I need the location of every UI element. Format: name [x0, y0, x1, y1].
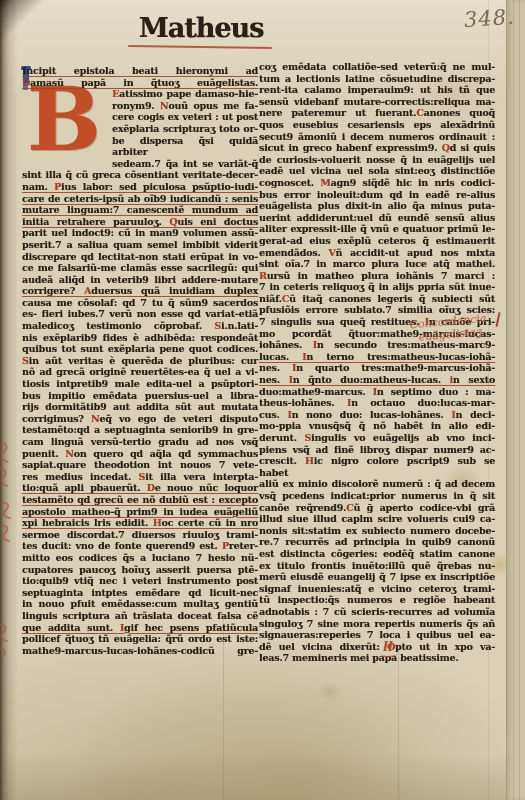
text-line: apostolo matheo-q̃ prim9 in iudea euãgel…	[22, 507, 258, 519]
book-gutter-shadow	[0, 0, 20, 800]
text-line: bus impitio emẽdata puersius-uel a libra…	[22, 391, 258, 403]
text-line: duo:mathe9-marcus. In septimo duo : ma-	[259, 387, 495, 399]
text-line: cam linguã versũ-tertio gradu ad nos vsq…	[22, 437, 258, 449]
text-line: quibus tot sunt exẽplaria pene quot codi…	[22, 344, 258, 356]
text-line: sensũ videbanf mutare-correctis:reliqua …	[259, 97, 495, 109]
running-title: Matheus	[126, 13, 276, 44]
text-line: initia retrahere paruuloʒ. Quis eni doct…	[22, 217, 258, 229]
text-line: nonis sit:statim ex subiecto numero doce…	[259, 526, 495, 538]
gutter-scribble-icon	[0, 620, 18, 664]
text-line: ronym9. Nouũ opus me fa-	[22, 101, 258, 113]
page-edge-line	[513, 0, 514, 800]
text-line: testamẽto:qd a septuaginta seniorib9 in …	[22, 425, 258, 437]
quire-signature-mark: ll	[383, 640, 393, 655]
text-line: bus error inoleuit:dum qd in eadẽ re-ali…	[259, 190, 495, 202]
text-line: puenit. Non quero qd aq̃la qd symmachus	[22, 449, 258, 461]
text-line: emendãdos. Vñ accidit-ut apud nos mixta	[259, 248, 495, 260]
text-line: sint illa q̃ cũ greca cõsentiant veritat…	[22, 170, 258, 182]
text-line: secut9 ãmoniũ i decem numeros ordinauit …	[259, 132, 495, 144]
text-line: merũ eiusdẽ euangelij q̃ 7 ipse ex inscr…	[259, 572, 495, 584]
text-line: signaf inuenies:atq̃ e vicino ceteroʒ tr…	[259, 584, 495, 596]
text-line: parit uel indoct9: cũ in man9 volumen as…	[22, 228, 258, 240]
text-line: leas.7 memineris mei papa beatissime.	[259, 653, 495, 665]
text-line: mutare linguam:7 canescentẽ mundum ad	[22, 205, 258, 217]
text-line: Sin aũt veritas è querẽda de pluribus: c…	[22, 356, 258, 368]
text-line: Rursũ in matheo plura iohãnis 7 marci :	[259, 271, 495, 283]
text-line: care de ceteris-ipsũ ab oĩb9 iudicandũ :…	[22, 194, 258, 206]
text-line: mathe9-marcus-lucas-iohãnes-codicũ gre-	[22, 646, 258, 658]
text-line: cognoscet. Magn9 siq̃dẽ hic in nris codi…	[259, 178, 495, 190]
text-line: maledicoʒ testimonio cõprobaf. Si.n.lati…	[22, 321, 258, 333]
page-edge-line	[519, 0, 520, 800]
text-line: vsq̃ pcedens indicat:prior numerus in q̃…	[259, 491, 495, 503]
text-line: eadẽ uel vicina uel sola sint:eoʒ distin…	[259, 166, 495, 178]
text-line: tio:quib9 vtiq̃ nec i veteri instrumento…	[22, 576, 258, 588]
text-line: est distincta cõgeries: eodẽq̃ statim ca…	[259, 549, 495, 561]
text-line: mitto eos codices q̃s a luciano 7 hesio …	[22, 553, 258, 565]
text-line: cupatores paucoʒ hoĩuʒ asserit puersa pt…	[22, 565, 258, 577]
text-line: pollicef q̃tuoʒ tñ euãgelia: q̃rũ ordo e…	[22, 634, 258, 646]
text-line: uerint addiderunt:uel dũ eundẽ sensũ ali…	[259, 213, 495, 225]
text-line: de curiosis-voluerit nosse q̃ in euãgeli…	[259, 155, 495, 167]
text-line: aliter expressit-ille q̃ vnũ e quatuor p…	[259, 224, 495, 236]
text-line: tio:quã apli pbauerũt. De nouo nũc loquo…	[22, 483, 258, 495]
text-line: rent-ita calamo imperauim9: ut his tñ qu…	[259, 85, 495, 97]
gutter-scribble-icon	[0, 438, 20, 488]
text-line: sint oĩa.7 in marco plura luce atq̃ math…	[259, 259, 495, 271]
text-line: sermoe discordat.7 diuersos riuuloʒ tram…	[22, 530, 258, 542]
text-line: quos eusebius cesariensis eps alexãdrinũ	[259, 120, 495, 132]
text-line: corrigimus? Neq̃ vo ego de veteri disput…	[22, 414, 258, 426]
text-line: septuaginta intptes emẽdare qd licuit-ne…	[22, 588, 258, 600]
text-line: cere cogis ex veteri : ut post	[22, 112, 258, 124]
text-line: piens vsq̃ ad finẽ libroʒ dispar numer9 …	[259, 445, 495, 457]
text-line: sedeam.7 q̃a int se variãt-q̃	[22, 159, 258, 171]
text-line: audeã aliq̃d in veterib9 libri addere-mu…	[22, 275, 258, 287]
text-line: tum a lectionis latine cõsuetudine discr…	[259, 74, 495, 86]
text-line: theus-iohãnes. In octauo duo:lucas-mar-	[259, 398, 495, 410]
text-line: res medius incedat. Sit illa vera interp…	[22, 472, 258, 484]
text-line: tũ inspectio:q̃s numeros e regiõe habean…	[259, 595, 495, 607]
text-line: singuloʒ 7 sine mora repertis numeris q̃…	[259, 619, 495, 631]
text-line: be dispersa q̃si quidã arbiter	[22, 136, 258, 159]
text-line: nam. Pius labor: sed piculosa psũptio-iu…	[22, 182, 258, 194]
text-line: illud siue illud caplm scire volueris cu…	[259, 514, 495, 526]
book-fore-edge	[506, 0, 525, 800]
text-line: Incipit epistola beati hieronymi ad	[22, 66, 258, 78]
text-line: tes ducit: vno de fonte querend9 est. Pr…	[22, 541, 258, 553]
text-line: re.7 recurrẽs ad principia in quib9 cano…	[259, 537, 495, 549]
text-line: sapiat.quare theodotion int nouos 7 vete…	[22, 460, 258, 472]
text-line: adnotabis : 7 cũ scieris-recurres ad vol…	[259, 607, 495, 619]
text-line: iohãnes. In secundo tres:matheus-marc9-	[259, 340, 495, 352]
text-line: dẽ uel vicina dixerũt: Opto ut in xpo va…	[259, 642, 495, 654]
text-line: derunt. Singulis vo euãgelijs ab vno inc…	[259, 433, 495, 445]
text-line: ex titulo frontis inuẽto:illũ quẽ q̃reba…	[259, 561, 495, 573]
text-line: euãgelista plus dixit-in alio q̃a minus …	[259, 201, 495, 213]
text-line: crescit. Hic nigro colore pscript9 sub s…	[259, 456, 495, 479]
text-line: exẽplaria scripturaʒ toto or-	[22, 124, 258, 136]
text-line: discrepare qd lectitat-non stati erũpat …	[22, 252, 258, 264]
text-line: lucas. In terno tres:matheus-lucas-iohã-	[259, 352, 495, 364]
text-line: cus. In nono duo: lucas-iohãnes. In deci…	[259, 410, 495, 422]
text-line: xpi hebraicis lris edidit. Hoc certe cũ …	[22, 518, 258, 530]
text-line: testamẽto qd grecũ ee nõ dubiũ est : exc…	[22, 495, 258, 507]
text-line: in nouo pfuit emẽdasse:cum multaʒ gentiũ	[22, 599, 258, 611]
text-line: que addita sunt. Igif hec psens pfatiũcu…	[22, 623, 258, 635]
text-line: tiosis intpretib9 male edita-uel a psũpt…	[22, 379, 258, 391]
text-line: sicut in greco habenf expressim9. Qd si …	[259, 143, 495, 155]
text-line: 7 in ceteris reliquoʒ q̃ in alijs ppria …	[259, 282, 495, 294]
text-line: signaueras:reperies 7 loca i quibus uel …	[259, 630, 495, 642]
text-line: linguis scriptura añ trãslata doceat fal…	[22, 611, 258, 623]
text-column-left: Incipit epistola beati hieronymi adDamas…	[22, 66, 258, 657]
text-line: nõ ad grecã originẽ reuertẽtes-ea q̃ uel…	[22, 367, 258, 379]
text-line: Eatissimo pape damaso-hie-	[22, 89, 258, 101]
text-line: aliũ ex minio discolorẽ numerũ : q̃ ad d…	[259, 479, 495, 491]
text-line: Damasũ papã in q̃tuoʒ euãgelistas.	[22, 78, 258, 90]
text-line: pserit.7 a saliua quam semel imbibit vid…	[22, 240, 258, 252]
text-line: nes. In q̃nto duo:matheus-lucas. in sext…	[259, 375, 495, 387]
text-column-right: coʒ emẽdata collatiõe-sed veterũ:q̃ ne m…	[259, 62, 495, 665]
text-line: gerat-ad eius exẽplũ ceteros q̃ estimaue…	[259, 236, 495, 248]
text-line: nes. In quarto tres:mathe9-marcus-iohã-	[259, 363, 495, 375]
text-line: ce me falsariũ-me clamãs esse sacrilegũ:…	[22, 263, 258, 275]
paper-crease	[398, 648, 399, 800]
text-line: nis exẽplarib9 fides è adhibẽda: respond…	[22, 333, 258, 345]
text-line: rijs dormitãtib9 aut addita sũt aut muta…	[22, 402, 258, 414]
text-line: canõe req̃rend9.Cũ ḡ aperto codice-vbi g…	[259, 503, 495, 515]
corner-shadow	[0, 0, 60, 60]
text-line: mo-ppia vnusq̃sq̃ q̃ nõ habẽt in alio ed…	[259, 421, 495, 433]
text-line: causa me cõsolaf: qd 7 tu q̃ sũm9 sacerd…	[22, 298, 258, 310]
manuscript-page-scan: { "page": { "running_title": "Matheus", …	[0, 0, 525, 800]
text-line: corrigere? Aduersus quã inuidiam duplex	[22, 286, 258, 298]
running-title-red-underline	[128, 45, 272, 49]
folio-number-handwritten: 348.	[463, 4, 525, 32]
text-line: coʒ emẽdata collatiõe-sed veterũ:q̃ ne m…	[259, 62, 495, 74]
text-line: niãf.Cũ itaq̃ canones legeris q̃ subiect…	[259, 294, 495, 306]
text-line: es- fieri iubes.7 verũ non esse qd varia…	[22, 309, 258, 321]
text-line: nere pateremur ut fuerant.Canones quoq̃	[259, 108, 495, 120]
gutter-scribble-icon	[0, 498, 22, 544]
